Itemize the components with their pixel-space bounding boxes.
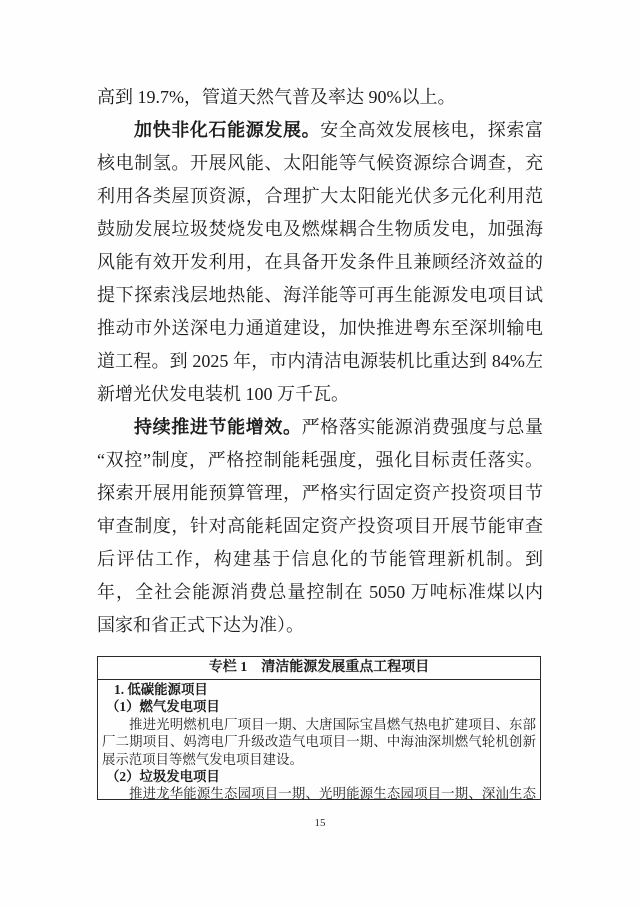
paragraph-lead-bold: 加快非化石能源发展。 — [134, 120, 320, 140]
paragraph-line: 鼓励发展垃圾焚烧发电及燃煤耦合生物质发电，加强海上 — [97, 213, 543, 246]
paragraph-line: 新增光伏发电装机 100 万千瓦。 — [97, 378, 543, 411]
box-line: 厂二期项目、妈湾电厂升级改造气电项目一期、中海油深圳燃气轮机创新发 — [102, 733, 536, 750]
box-subsection-heading: （1）燃气发电项目 — [102, 698, 536, 715]
paragraph-line: 加快非化石能源发展。安全高效发展核电，探索富余 — [97, 114, 543, 147]
paragraph-line: 道工程。到 2025 年，市内清洁电源装机比重达到 84%左右， — [97, 345, 543, 378]
box-subsection-heading: （2）垃圾发电项目 — [102, 768, 536, 785]
paragraph-line: 国家和省正式下达为准）。 — [97, 609, 543, 642]
paragraph-line: 推动市外送深电力通道建设，加快推进粤东至深圳输电通 — [97, 312, 543, 345]
paragraph-line: 利用各类屋顶资源，合理扩大太阳能光伏多元化利用范围。 — [97, 180, 543, 213]
page-number: 15 — [0, 817, 640, 829]
body-text: 高到 19.7%，管道天然气普及率达 90%以上。 加快非化石能源发展。安全高效… — [97, 81, 543, 642]
paragraph-line: 高到 19.7%，管道天然气普及率达 90%以上。 — [97, 81, 543, 114]
box-section-heading: 1. 低碳能源项目 — [102, 681, 536, 698]
feature-box-title: 专栏 1 清洁能源发展重点工程项目 — [98, 657, 540, 680]
paragraph-line: 后评估工作，构建基于信息化的节能管理新机制。到 2025 — [97, 543, 543, 576]
paragraph-line: 提下探索浅层地热能、海洋能等可再生能源发电项目试点。 — [97, 279, 543, 312]
box-line: 推进龙华能源生态园项目一期、光明能源生态园项目一期、深汕生态环 — [102, 785, 536, 802]
box-line: 展示范项目等燃气发电项目建设。 — [102, 751, 536, 768]
paragraph-lead-rest: 严格落实能源消费强度与总量 — [302, 417, 543, 437]
paragraph-lead-bold: 持续推进节能增效。 — [134, 417, 302, 437]
document-page: 高到 19.7%，管道天然气普及率达 90%以上。 加快非化石能源发展。安全高效… — [0, 0, 640, 906]
paragraph-line: 审查制度，针对高能耗固定资产投资项目开展节能审查和 — [97, 510, 543, 543]
box-line: 推进光明燃机电厂项目一期、大唐国际宝昌燃气热电扩建项目、东部电 — [102, 716, 536, 733]
paragraph-line: 核电制氢。开展风能、太阳能等气候资源综合调查，充分 — [97, 147, 543, 180]
paragraph-line: 年，全社会能源消费总量控制在 5050 万吨标准煤以内（以 — [97, 576, 543, 609]
feature-box: 专栏 1 清洁能源发展重点工程项目 1. 低碳能源项目 （1）燃气发电项目 推进… — [97, 656, 541, 800]
paragraph-line: 持续推进节能增效。严格落实能源消费强度与总量 — [97, 411, 543, 444]
paragraph-line: 探索开展用能预算管理，严格实行固定资产投资项目节能 — [97, 477, 543, 510]
paragraph-line: 风能有效开发利用，在具备开发条件且兼顾经济效益的前 — [97, 246, 543, 279]
feature-box-body: 1. 低碳能源项目 （1）燃气发电项目 推进光明燃机电厂项目一期、大唐国际宝昌燃… — [98, 680, 540, 803]
paragraph-line: “双控”制度，严格控制能耗强度，强化目标责任落实。 — [97, 444, 543, 477]
